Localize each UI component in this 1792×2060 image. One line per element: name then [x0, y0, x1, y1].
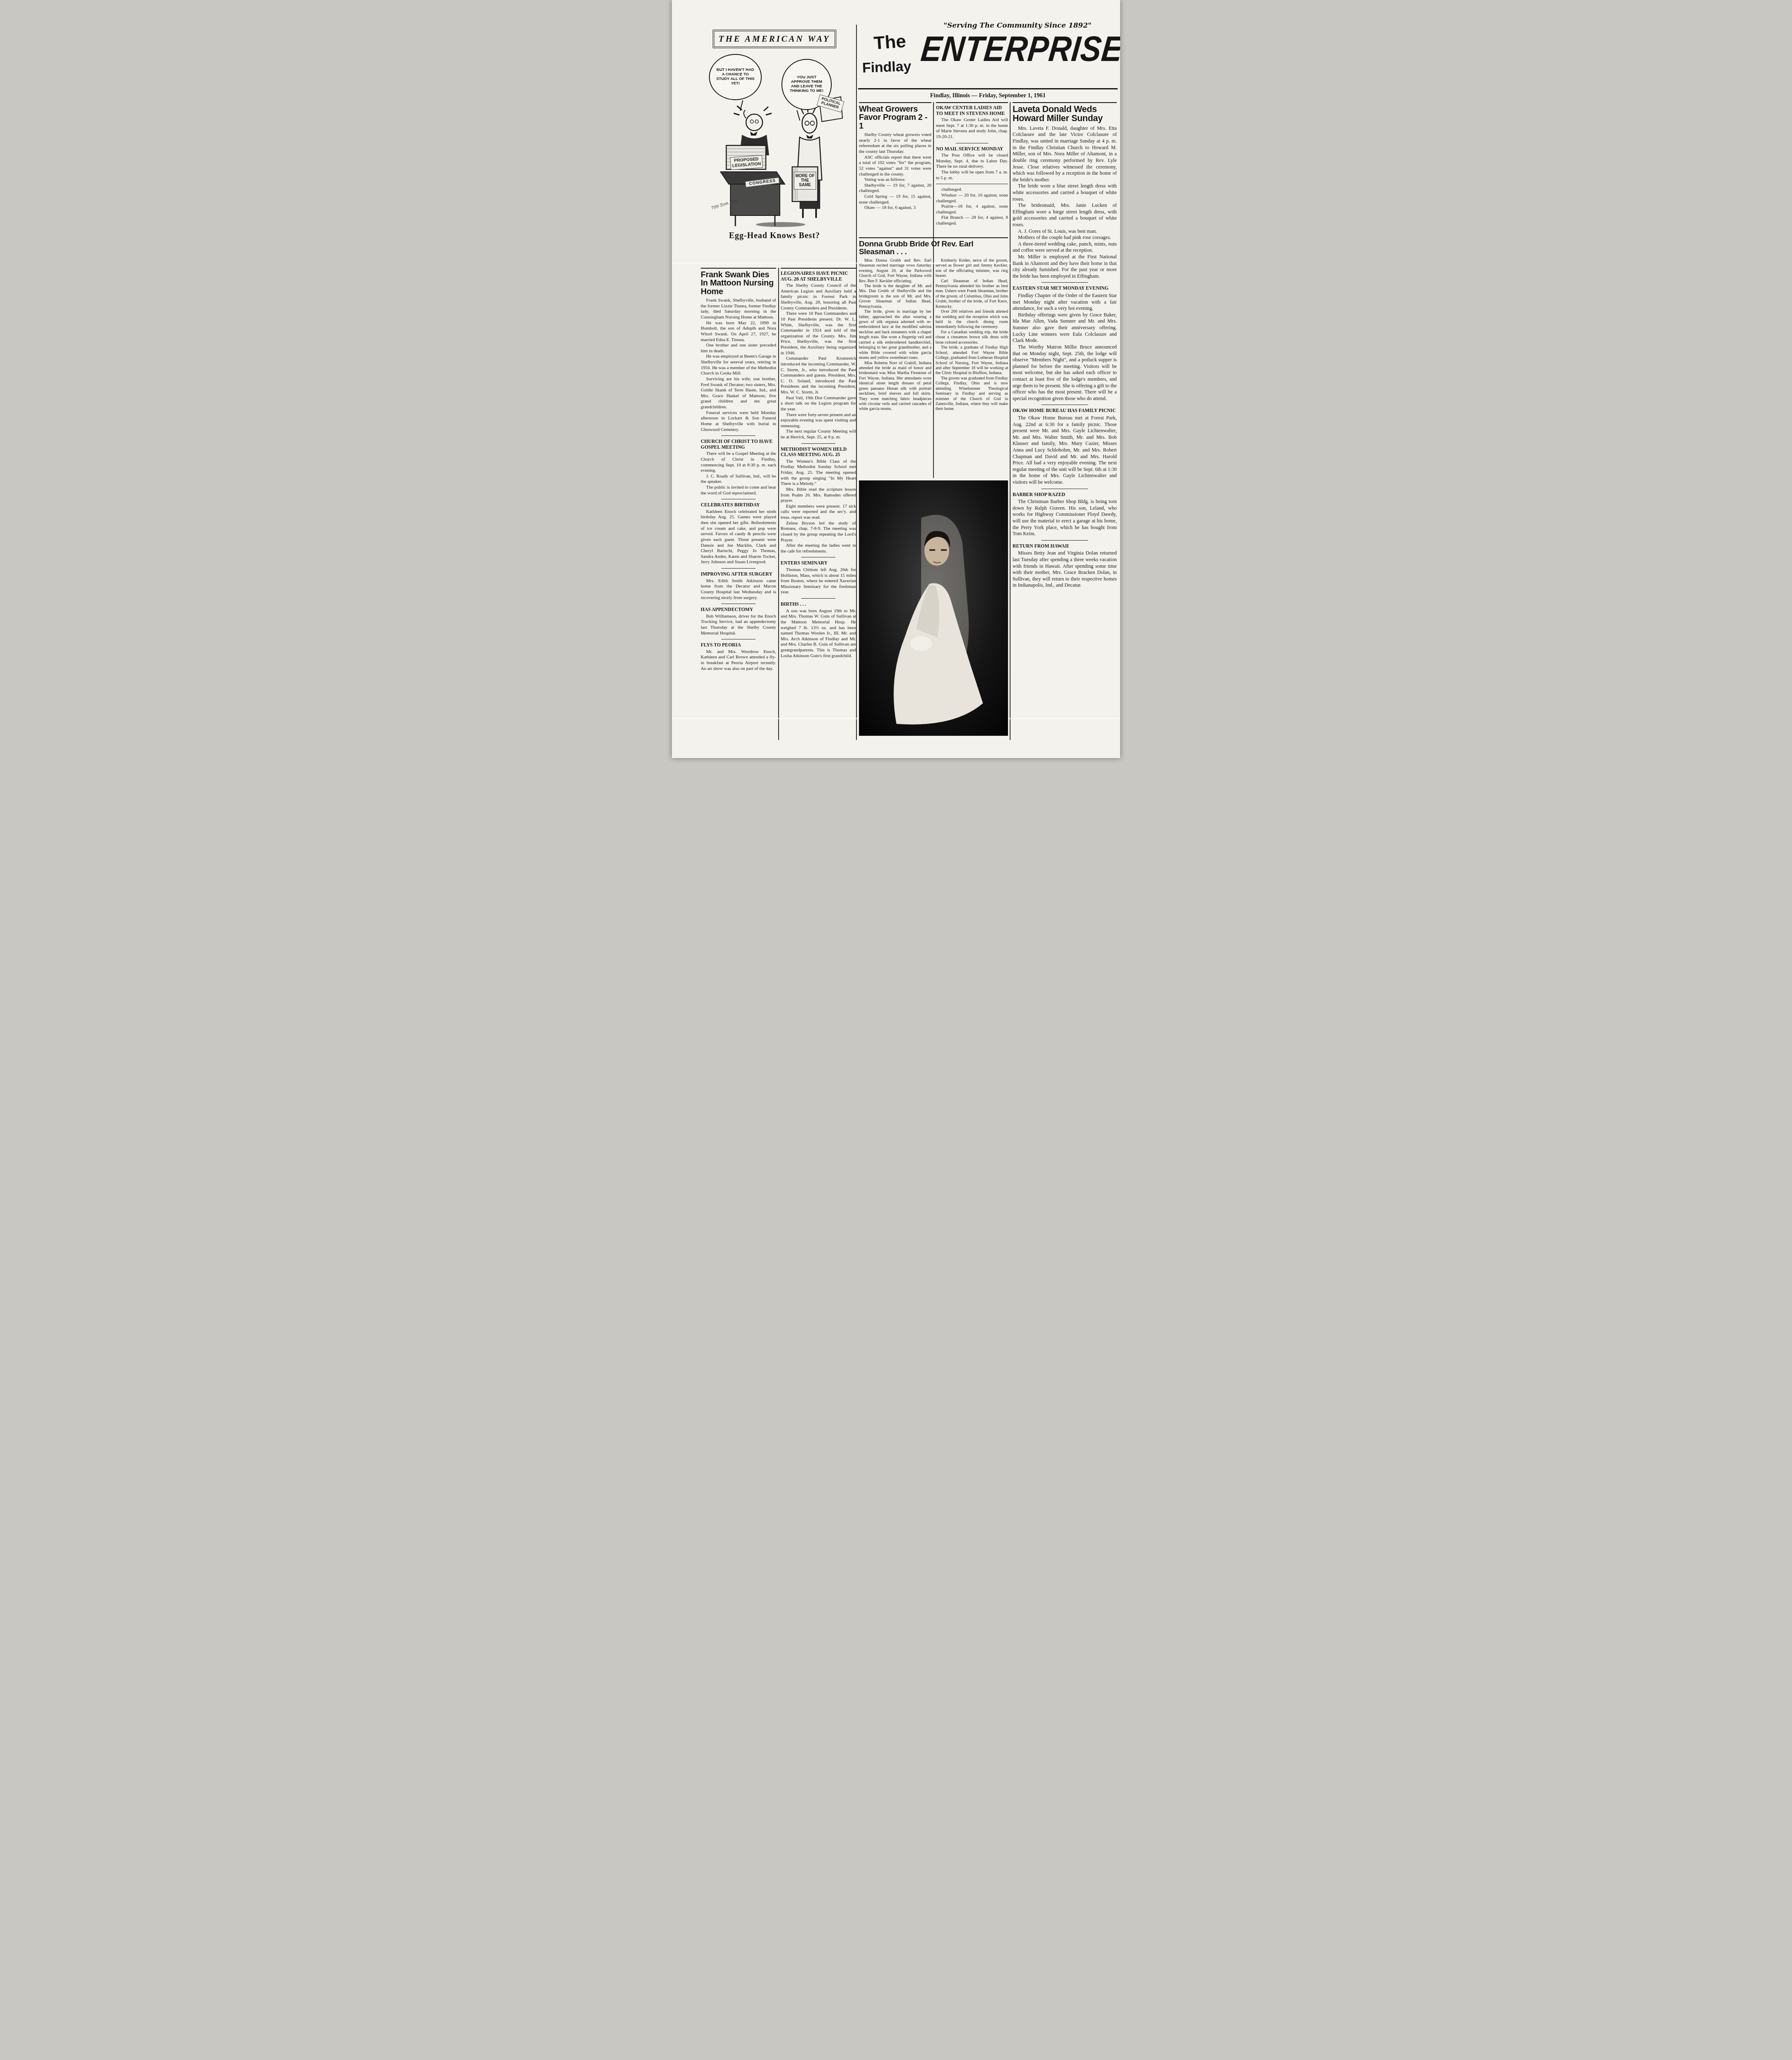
article-body: Frank Swank, Shelbyville, husband of the… [701, 298, 776, 433]
paragraph: Thomas Chittum left Aug. 26th for Hollis… [781, 567, 856, 595]
article-body: There will be a Gospel Meeting at the Ch… [701, 451, 776, 496]
paragraph: J. C. Roady of Sullivan, Ind., will be t… [701, 474, 776, 485]
bride-photo-illustration [859, 481, 1008, 735]
news-column-b: OKAW CENTER LADIES AID TO MEET IN STEVEN… [936, 102, 1008, 229]
article-body: The Post Office will be closed Monday, S… [936, 153, 1008, 181]
news-column-left2: LEGIONAIRES HAVE PICNIC AUG. 28 AT SHELB… [781, 268, 856, 661]
editorial-cartoon: THE AMERICAN WAY BUT I HAVEN'T HAD A CHA… [696, 30, 853, 260]
article-headline: EASTERN STAR MET MONDAY EVENING [1013, 286, 1117, 291]
separator-rule [801, 598, 835, 599]
paragraph: Frank Swank, Shelbyville, husband of the… [701, 298, 776, 321]
paragraph: Shelby County wheat growers voted nearly… [859, 132, 931, 155]
article-body: Shelby County wheat growers voted nearly… [859, 132, 931, 211]
paragraph: Mrs. Laveta F. Donald, daughter of Mrs. … [1013, 125, 1117, 183]
article-body: The Okaw Home Bureau met at Forest Park,… [1013, 415, 1117, 486]
speech-bubble-left: BUT I HAVEN'T HAD A CHANCE TO STUDY ALL … [709, 54, 762, 100]
dateline: Findlay, Illinois — Friday, September 1,… [858, 92, 1118, 99]
paragraph: He was employed at Beem's Garage in Shel… [701, 354, 776, 377]
article-body: Bob Williamson, driver for the Enoch Tru… [701, 614, 776, 637]
paragraph: Mr. Miller is employed at the First Nati… [1013, 254, 1117, 279]
article-flys-to-peoria: FLYS TO PEORIA Mr. and Mrs. Woodrow Enoc… [701, 642, 776, 672]
article-headline: FLYS TO PEORIA [701, 642, 776, 648]
cartoon-title-box: THE AMERICAN WAY [713, 30, 836, 48]
article-headline: OKAW CENTER LADIES AID TO MEET IN STEVEN… [936, 105, 1008, 116]
separator-rule [956, 143, 988, 143]
paragraph: Funeral services were held Monday aftern… [701, 410, 776, 433]
paragraph: The bride wore a blue street length dres… [1013, 183, 1117, 202]
article-wheat-growers: Wheat Growers Favor Program 2 - 1 Shelby… [859, 102, 931, 211]
article-celebrates-birthday: CELEBRATES BIRTHDAY Kathleen Enoch celeb… [701, 502, 776, 565]
masthead-the: The [873, 31, 907, 54]
article-frank-swank-obituary: Frank Swank Dies In Mattoon Nursing Home… [701, 268, 776, 433]
paragraph: Kimberly Krider, neice of the groom, ser… [936, 258, 1008, 279]
article-body: Thomas Chittum left Aug. 26th for Hollis… [781, 567, 856, 595]
paragraph: Mrs. Bible read the scripture lesson fro… [781, 487, 856, 504]
separator-rule [801, 557, 835, 557]
paragraph: Misses Betty Jean and Virginia Dolan ret… [1013, 550, 1117, 589]
paragraph: Okaw — 18 for, 6 against, 3 [859, 205, 931, 211]
column-divider [1010, 102, 1011, 740]
paragraph: Over 200 relatives and friends attened t… [936, 309, 1008, 330]
paragraph: Flat Branch — 28 for, 4 against, 8 chall… [936, 215, 1008, 226]
article-no-mail-service: NO MAIL SERVICE MONDAY The Post Office w… [936, 146, 1008, 181]
paragraph: Surviving are his wife; one brother, Fre… [701, 377, 776, 410]
paragraph: Voting was as follows: [859, 177, 931, 183]
paragraph: The Women's Bible Class of the Findlay M… [781, 459, 856, 487]
paragraph: Bob Williamson, driver for the Enoch Tru… [701, 614, 776, 637]
paragraph: Mrs. Edith Smith Atkinson came home from… [701, 578, 776, 601]
article-births: BIRTHS . . . A son was born August 19th … [781, 602, 856, 659]
separator-rule [1041, 489, 1088, 489]
paragraph: For a Canadian wedding trip, the bride c… [936, 330, 1008, 345]
article-okaw-home-bureau: OKAW HOME BUREAU HAS FAMILY PICNIC The O… [1013, 408, 1117, 485]
masthead-title: ENTERPRISE [919, 28, 1120, 69]
column-divider [856, 25, 857, 740]
paragraph: There were forty-seven present and an en… [781, 412, 856, 429]
article-laveta-donald-wedding: Laveta Donald Weds Howard Miller Sunday … [1013, 102, 1117, 279]
label-more-of-the-same: MORE OF THE SAME [794, 172, 816, 190]
paragraph: A son was born August 19th to Mr. and Mr… [781, 609, 856, 659]
masthead-rule [858, 88, 1118, 89]
paragraph: The bride, a graduate of Findlay High Sc… [936, 345, 1008, 376]
wedding-photo [859, 480, 1008, 736]
article-headline: Laveta Donald Weds Howard Miller Sunday [1013, 105, 1117, 123]
paragraph: The groom was graduated from Findlay Col… [936, 376, 1008, 412]
paragraph: Mothers of the couple had pink rose cors… [1013, 234, 1117, 241]
paragraph: There will be a Gospel Meeting at the Ch… [701, 451, 776, 474]
paragraph: A three-tiered wedding cake, punch, mint… [1013, 241, 1117, 254]
newspaper-page: THE AMERICAN WAY BUT I HAVEN'T HAD A CHA… [672, 0, 1120, 758]
paragraph: The bride is the daughter of Mr. and Mrs… [859, 284, 931, 309]
label-proposed-legislation: PROPOSED LEGISLATION [730, 155, 763, 170]
article-okaw-ladies-aid: OKAW CENTER LADIES AID TO MEET IN STEVEN… [936, 102, 1008, 140]
paragraph: The Worthy Matron Millie Bruce announced… [1013, 344, 1117, 402]
separator-rule [936, 184, 1008, 184]
article-enters-seminary: ENTERS SEMINARY Thomas Chittum left Aug.… [781, 560, 856, 595]
column-divider [778, 268, 779, 740]
paragraph: Eight members were present. 17 sick call… [781, 504, 856, 521]
separator-rule [721, 639, 755, 639]
article-body: Mr. and Mrs. Woodrow Enoch, Kathleen and… [701, 649, 776, 672]
article-methodist-women: METHODIST WOMEN HELD CLASS MEETING AUG. … [781, 447, 856, 555]
paragraph: The Christman Barber Shop Bldg. is being… [1013, 499, 1117, 537]
article-headline: Wheat Growers Favor Program 2 - 1 [859, 105, 931, 130]
article-body: Kathleen Enoch celebrated her ninth birt… [701, 509, 776, 565]
paragraph: The public is invited to come and hear t… [701, 485, 776, 496]
paragraph: He was born May 22, 1890 in Humbolt, the… [701, 321, 776, 343]
paragraph: The Shelby County Council of the America… [781, 283, 856, 311]
separator-rule [721, 435, 755, 436]
article-headline: OKAW HOME BUREAU HAS FAMILY PICNIC [1013, 408, 1117, 414]
article-headline: IMPROVING AFTER SURGERY [701, 571, 776, 577]
article-headline: Frank Swank Dies In Mattoon Nursing Home [701, 271, 776, 296]
cartoon-caption: Egg-Head Knows Best? [696, 231, 853, 241]
article-body-right: Kimberly Krider, neice of the groom, ser… [936, 258, 1008, 412]
paragraph: Mr. and Mrs. Woodrow Enoch, Kathleen and… [701, 649, 776, 672]
paragraph: Miss Donna Grubb and Rev. Earl Sleasman … [859, 258, 931, 284]
paragraph: The Okaw Center Ladies Aid will meet Sep… [936, 117, 1008, 140]
masthead: "Serving The Community Since 1892" The F… [858, 21, 1118, 88]
article-headline: HAS APPENDECTOMY [701, 607, 776, 613]
article-headline: CELEBRATES BIRTHDAY [701, 502, 776, 508]
article-voting-continued: challenged.Windsor — 20 for, 16 against,… [936, 187, 1008, 226]
paragraph: Prairie—18 for, 4 against, none challeng… [936, 204, 1008, 215]
separator-rule [1041, 405, 1088, 405]
article-has-appendectomy: HAS APPENDECTOMY Bob Williamson, driver … [701, 607, 776, 636]
paragraph: Commander Paul Krumreich introduced the … [781, 356, 856, 395]
paragraph: The next regular County Meeting will be … [781, 429, 856, 440]
article-improving-after-surgery: IMPROVING AFTER SURGERY Mrs. Edith Smith… [701, 571, 776, 601]
paragraph: One brother and one sister preceded him … [701, 343, 776, 354]
paragraph: Findlay Chapter of the Order of the East… [1013, 293, 1117, 312]
article-headline: BIRTHS . . . [781, 602, 856, 607]
article-barber-shop-razed: BARBER SHOP RAZED The Christman Barber S… [1013, 492, 1117, 537]
cartoon-art: BUT I HAVEN'T HAD A CHANCE TO STUDY ALL … [696, 48, 853, 229]
article-headline: CHURCH OF CHRIST TO HAVE GOSPEL MEETING [701, 439, 776, 450]
article-church-of-christ: CHURCH OF CHRIST TO HAVE GOSPEL MEETING … [701, 439, 776, 496]
paragraph: The Okaw Home Bureau met at Forest Park,… [1013, 415, 1117, 486]
article-body: The Shelby County Council of the America… [781, 283, 856, 440]
paragraph: Shelbyville — 19 for, 7 against, 20 chal… [859, 183, 931, 194]
separator-rule [721, 604, 755, 604]
paragraph: There were 10 Past Commanders and 10 Pas… [781, 311, 856, 356]
article-body: A son was born August 19th to Mr. and Mr… [781, 609, 856, 659]
article-donna-grubb: Donna Grubb Bride Of Rev. Earl Sleasman … [859, 237, 1008, 412]
paragraph: The Post Office will be closed Monday, S… [936, 153, 1008, 170]
paragraph: Zelma Bryson led the study of Romans, ch… [781, 521, 856, 543]
news-column-left1: Frank Swank Dies In Mattoon Nursing Home… [701, 268, 776, 674]
news-column-c: Laveta Donald Weds Howard Miller Sunday … [1013, 102, 1117, 591]
paragraph: Windsor — 20 for, 16 against, none chall… [936, 193, 1008, 204]
article-return-from-hawaii: RETURN FROM HAWAII Misses Betty Jean and… [1013, 543, 1117, 589]
article-body: Findlay Chapter of the Order of the East… [1013, 293, 1117, 402]
article-headline: BARBER SHOP RAZED [1013, 492, 1117, 498]
article-legionaires-picnic: LEGIONAIRES HAVE PICNIC AUG. 28 AT SHELB… [781, 268, 856, 440]
paragraph: Miss Roberta Norr of Grabill, Indiana at… [859, 361, 931, 412]
separator-rule [1041, 540, 1088, 541]
article-body: Mrs. Laveta F. Donald, daughter of Mrs. … [1013, 125, 1117, 280]
article-headline: NO MAIL SERVICE MONDAY [936, 146, 1008, 152]
paragraph: ASC officials report that there were a t… [859, 155, 931, 178]
separator-rule [721, 499, 755, 499]
article-headline: ENTERS SEMINARY [781, 560, 856, 566]
paragraph: Kathleen Enoch celebrated her ninth birt… [701, 509, 776, 565]
article-donna-grubb-wedding: Donna Grubb Bride Of Rev. Earl Sleasman … [859, 237, 1008, 414]
separator-rule [801, 443, 835, 444]
paragraph: The bride, given in marriage by her fath… [859, 309, 931, 360]
article-body: The Christman Barber Shop Bldg. is being… [1013, 499, 1117, 537]
article-headline: Donna Grubb Bride Of Rev. Earl Sleasman … [859, 240, 1008, 256]
article-body: The Okaw Center Ladies Aid will meet Sep… [936, 117, 1008, 140]
separator-rule [1041, 282, 1088, 283]
article-headline: RETURN FROM HAWAII [1013, 543, 1117, 549]
article-headline: LEGIONAIRES HAVE PICNIC AUG. 28 AT SHELB… [781, 271, 856, 282]
paragraph: Paul Vail, 19th Dist Commander gave a sh… [781, 396, 856, 412]
paragraph: Cold Spring — 19 for, 15 against, none c… [859, 194, 931, 205]
paragraph: The lobby will be open from 7 a. m. to 5… [936, 170, 1008, 181]
article-body: The Women's Bible Class of the Findlay M… [781, 459, 856, 555]
paragraph: Birthday offerings were given by Grace B… [1013, 312, 1117, 344]
article-body-left: Miss Donna Grubb and Rev. Earl Sleasman … [859, 258, 931, 412]
paragraph: Carl Sleasman of Indian Head, Pennsylvan… [936, 279, 1008, 310]
paragraph: challenged. [936, 187, 1008, 193]
paragraph: After the meeting the ladies went to the… [781, 543, 856, 554]
article-body: Misses Betty Jean and Virginia Dolan ret… [1013, 550, 1117, 589]
news-column-a: Wheat Growers Favor Program 2 - 1 Shelby… [859, 102, 931, 213]
paragraph: The bridesmaid, Mrs. Janie Lucken of Eff… [1013, 202, 1117, 228]
masthead-findlay: Findlay [862, 59, 911, 76]
article-eastern-star: EASTERN STAR MET MONDAY EVENING Findlay … [1013, 286, 1117, 402]
article-body: challenged.Windsor — 20 for, 16 against,… [936, 187, 1008, 226]
paragraph: A. J. Gores of St. Louis, was best man. [1013, 228, 1117, 235]
article-body: Mrs. Edith Smith Atkinson came home from… [701, 578, 776, 601]
cartoon-title: THE AMERICAN WAY [718, 34, 830, 44]
separator-rule [721, 568, 755, 569]
article-headline: METHODIST WOMEN HELD CLASS MEETING AUG. … [781, 447, 856, 458]
